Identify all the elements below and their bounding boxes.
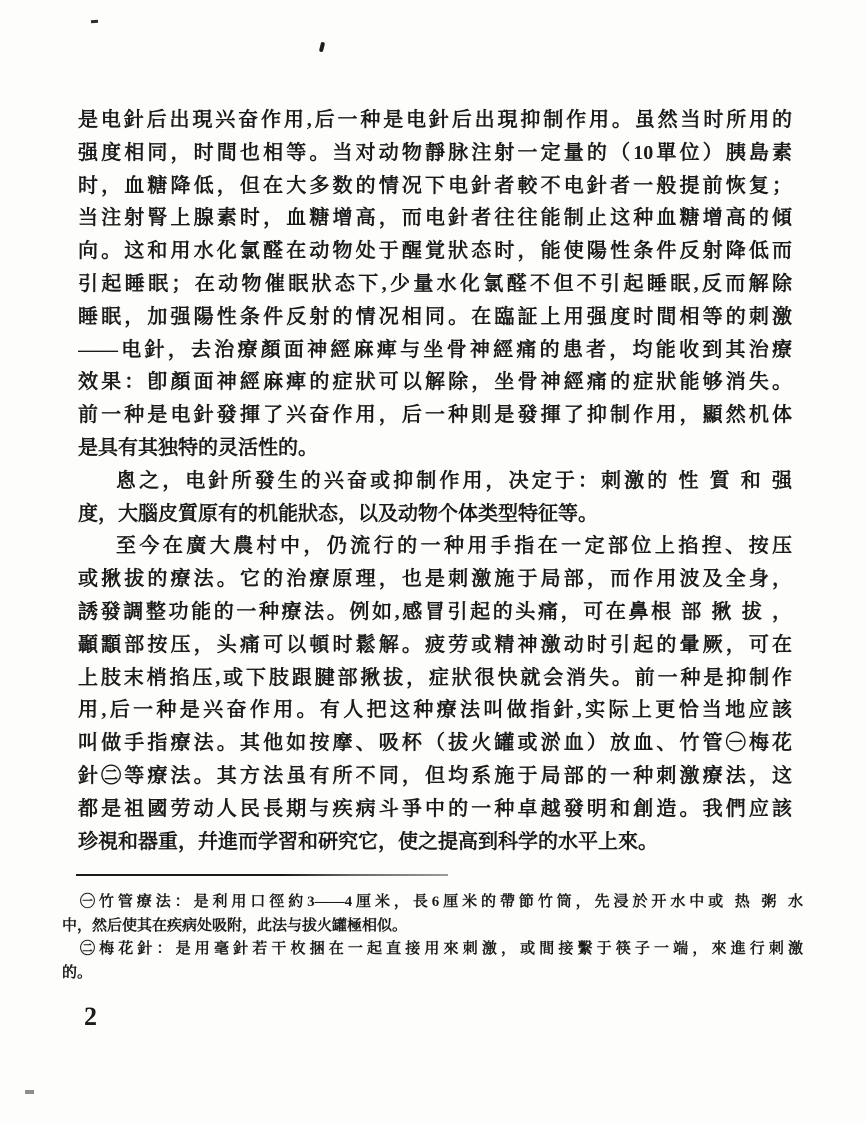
text-line: 用,后一种是兴奋作用。有人把这种療法叫做指針,实际上更恰当地应該 [78, 694, 792, 727]
footnote-line: 的。 [62, 962, 803, 986]
text-line: 向。这和用水化氯醛在动物处于醒覚狀态时，能使陽性条件反射降低而 [78, 235, 792, 268]
text-line: 睡眠，加强陽性条件反射的情况相同。在臨証上用强度时間相等的刺激 [78, 301, 792, 334]
book-page: 是电針后出現兴奋作用,后一种是电針后出現抑制作用。虽然当时所用的 强度相同，时間… [0, 0, 866, 1122]
text-line: 或揪拔的療法。它的治療原理，也是刺激施于局部，而作用波及全身， [78, 563, 792, 596]
footnote-line: 中，然后使其在疾病处吸附，此法与拔火罐極相似。 [62, 915, 803, 939]
text-line: ——电針，去治療顏面神經麻痺与坐骨神經痛的患者，均能收到其治療 [78, 334, 792, 367]
text-line: 叫做手指療法。其他如按摩、吸杯（拔火罐或淤血）放血、竹管㊀梅花 [78, 727, 792, 760]
text-line: 都是祖國劳动人民長期与疾病斗爭中的一种卓越發明和創造。我們应該 [78, 793, 792, 826]
text-line: 悤之，电針所發生的兴奋或抑制作用，决定于：刺激的 性 質 和 强 [78, 465, 792, 498]
footnote-line: ㊀竹管療法：是利用口徑約3——4厘米，長6厘米的帶節竹筒，先浸於开水中或 热 粥… [62, 891, 803, 915]
footnote-divider [76, 874, 448, 876]
text-line: 誘發調整功能的一种療法。例如,感冒引起的头痛，可在鼻根 部 揪 拔 ， [78, 596, 792, 629]
text-line: 上肢末梢掐压,或下肢跟腱部揪拔，症狀很快就会消失。前一种是抑制作 [78, 662, 792, 695]
text-line: 引起睡眠；在动物催眠狀态下,少量水化氯醛不但不引起睡眠,反而解除 [78, 268, 792, 301]
footnotes-block: ㊀竹管療法：是利用口徑約3——4厘米，長6厘米的帶節竹筒，先浸於开水中或 热 粥… [62, 891, 803, 985]
text-line: 是具有其独特的灵活性的。 [78, 432, 792, 465]
text-line: 顳顬部按压，头痛可以頓时鬆解。疲劳或精神激动时引起的暈厥，可在 [78, 629, 792, 662]
scan-speck [319, 42, 325, 53]
text-line: 度，大腦皮質原有的机能狀态，以及动物个体类型特征等。 [78, 498, 792, 531]
main-text-block: 是电針后出現兴奋作用,后一种是电針后出現抑制作用。虽然当时所用的 强度相同，时間… [78, 104, 792, 858]
text-line: 是电針后出現兴奋作用,后一种是电針后出現抑制作用。虽然当时所用的 [78, 104, 792, 137]
text-line: 效果：卽顏面神經麻痺的症狀可以解除，坐骨神經痛的症狀能够消失。 [78, 366, 792, 399]
scan-speck [25, 1090, 34, 1094]
text-line: 珍視和器重，幷進而学習和硏究它，使之提高到科学的水平上來。 [78, 826, 792, 859]
text-line: 当注射腎上腺素时，血糖增高，而电針者往往能制止这种血糖增高的傾 [78, 202, 792, 235]
text-line: 針㊁等療法。其方法虽有所不同，但均系施于局部的一种刺激療法，这 [78, 760, 792, 793]
text-line: 前一种是电針發揮了兴奋作用，后一种則是發揮了抑制作用，顯然机体 [78, 399, 792, 432]
page-number: 2 [84, 1004, 97, 1030]
text-line: 强度相同，时間也相等。当对动物靜脉注射一定量的（10單位）胰島素 [78, 137, 792, 170]
footnote-line: ㊁梅花針：是用毫針若干枚捆在一起直接用來刺激，或間接繫于筷子一端，來進行刺激 [62, 938, 803, 962]
text-line: 时，血糖降低，但在大多数的情况下电針者較不电針者一般提前恢复； [78, 170, 792, 203]
text-line: 至今在廣大農村中，仍流行的一种用手指在一定部位上掐揑、按压 [78, 530, 792, 563]
scan-speck [91, 20, 98, 23]
